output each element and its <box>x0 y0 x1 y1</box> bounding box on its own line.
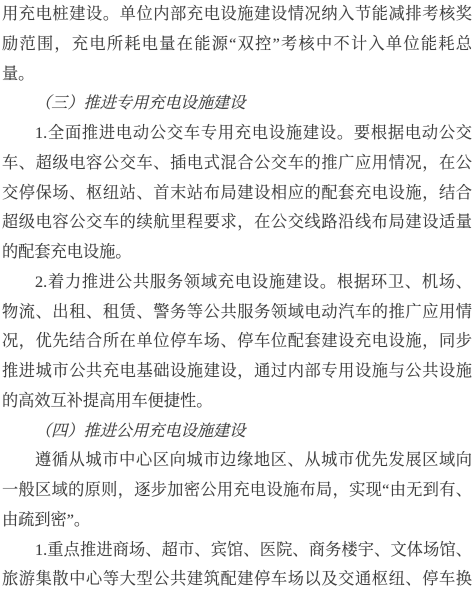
text-line: 一般区域的原则，逐步加密公用充电设施布局，实现“由无到有、 <box>2 476 472 506</box>
document-page: 用充电桩建设。单位内部充电设施建设情况纳入节能减排考核奖励范围，充电所耗电量在能… <box>0 0 474 595</box>
text-line: 的高效互补提高用车便捷性。 <box>2 387 472 417</box>
text-line: 由疏到密”。 <box>2 506 472 536</box>
text-line: 2.着力推进公共服务领域充电设施建设。根据环卫、机场、 <box>2 268 472 298</box>
text-line: 推进城市公共充电基础设施建设，通过内部专用设施与公共设施 <box>2 357 472 387</box>
text-line: 超级电容公交车的续航里程要求，在公交线路沿线布局建设适量 <box>2 208 472 238</box>
text-line: 车、超级电容公交车、插电式混合公交车的推广应用情况，在公 <box>2 149 472 179</box>
text-line: 旅游集散中心等大型公共建筑配建停车场以及交通枢纽、停车换 <box>2 565 472 595</box>
text-line: 量。 <box>2 60 472 90</box>
text-line: 物流、出租、租赁、警务等公共服务领域电动汽车的推广应用情 <box>2 298 472 328</box>
text-line: 1.重点推进商场、超市、宾馆、医院、商务楼宇、文体场馆、 <box>2 536 472 566</box>
text-line: 1.全面推进电动公交车专用充电设施建设。要根据电动公交 <box>2 119 472 149</box>
text-line: 遵循从城市中心区向城市边缘地区、从城市优先发展区域向 <box>2 446 472 476</box>
text-line: 交停保场、枢纽站、首末站布局建设相应的配套充电设施，结合 <box>2 179 472 209</box>
text-line: 的配套充电设施。 <box>2 238 472 268</box>
text-line: 励范围，充电所耗电量在能源“双控”考核中不计入单位能耗总 <box>2 30 472 60</box>
section-heading: （四）推进公用充电设施建设 <box>2 417 472 447</box>
text-line: 用充电桩建设。单位内部充电设施建设情况纳入节能减排考核奖 <box>2 0 472 30</box>
text-line: 况，优先结合所在单位停车场、停车位配套建设充电设施，同步 <box>2 327 472 357</box>
section-heading: （三）推进专用充电设施建设 <box>2 89 472 119</box>
